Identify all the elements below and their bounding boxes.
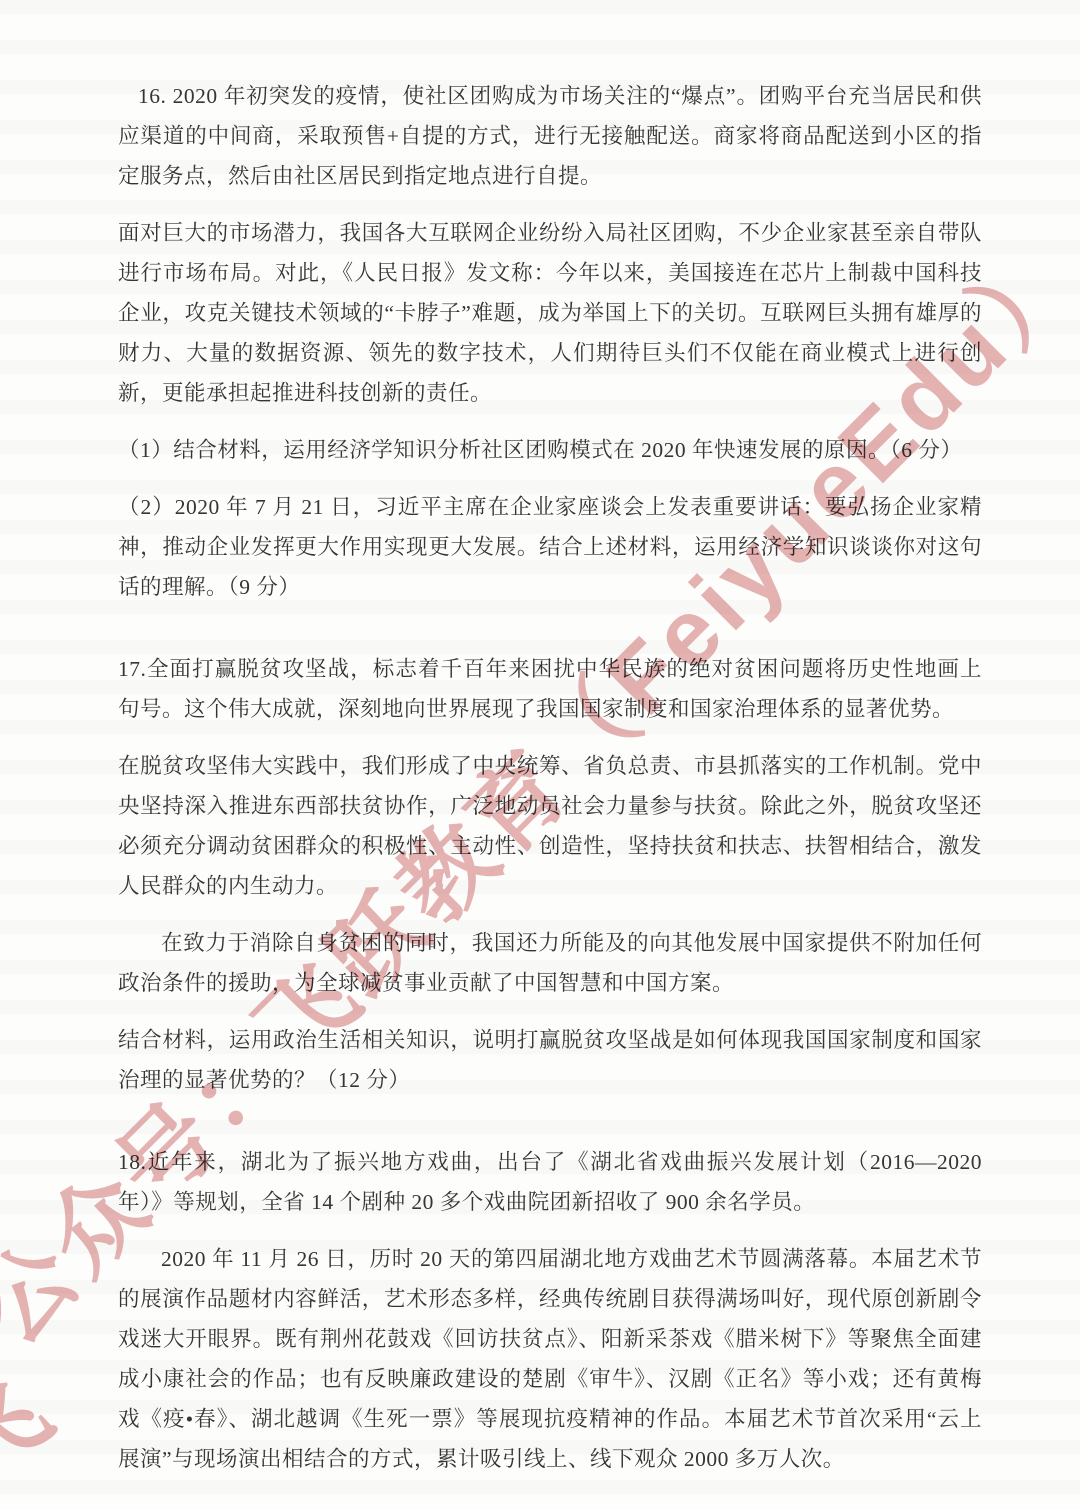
q18-intro-1: 18.近年来，湖北为了振兴地方戏曲，出台了《湖北省戏曲振兴发展计划（2016—2… [118, 1142, 982, 1222]
q17-intro-1: 17.全面打赢脱贫攻坚战，标志着千百年来困扰中华民族的绝对贫困问题将历史性地画上… [118, 649, 982, 729]
document-content: 16. 2020 年初突发的疫情，使社区团购成为市场关注的“爆点”。团购平台充当… [118, 76, 982, 1496]
watermark-fragment: 飞 [0, 1347, 74, 1509]
q16-intro-2: 面对巨大的市场潜力，我国各大互联网企业纷纷入局社区团购，不少企业家甚至亲自带队进… [118, 213, 982, 413]
q16-subquestion-1: （1）结合材料，运用经济学知识分析社区团购模式在 2020 年快速发展的原因。（… [118, 430, 982, 470]
q16-intro-1: 16. 2020 年初突发的疫情，使社区团购成为市场关注的“爆点”。团购平台充当… [118, 76, 982, 196]
q17-question: 结合材料，运用政治生活相关知识，说明打赢脱贫攻坚战是如何体现我国国家制度和国家治… [118, 1020, 982, 1100]
q17-intro-2: 在脱贫攻坚伟大实践中，我们形成了中央统筹、省负总责、市县抓落实的工作机制。党中央… [118, 746, 982, 906]
q16-subquestion-2: （2）2020 年 7 月 21 日，习近平主席在企业家座谈会上发表重要讲话：要… [118, 487, 982, 607]
q18-intro-2: 2020 年 11 月 26 日，历时 20 天的第四届湖北地方戏曲艺术节圆满落… [118, 1239, 982, 1479]
q17-intro-3: 在致力于消除自身贫困的同时，我国还力所能及的向其他发展中国家提供不附加任何政治条… [118, 923, 982, 1003]
document-page: 16. 2020 年初突发的疫情，使社区团购成为市场关注的“爆点”。团购平台充当… [0, 0, 1080, 1510]
